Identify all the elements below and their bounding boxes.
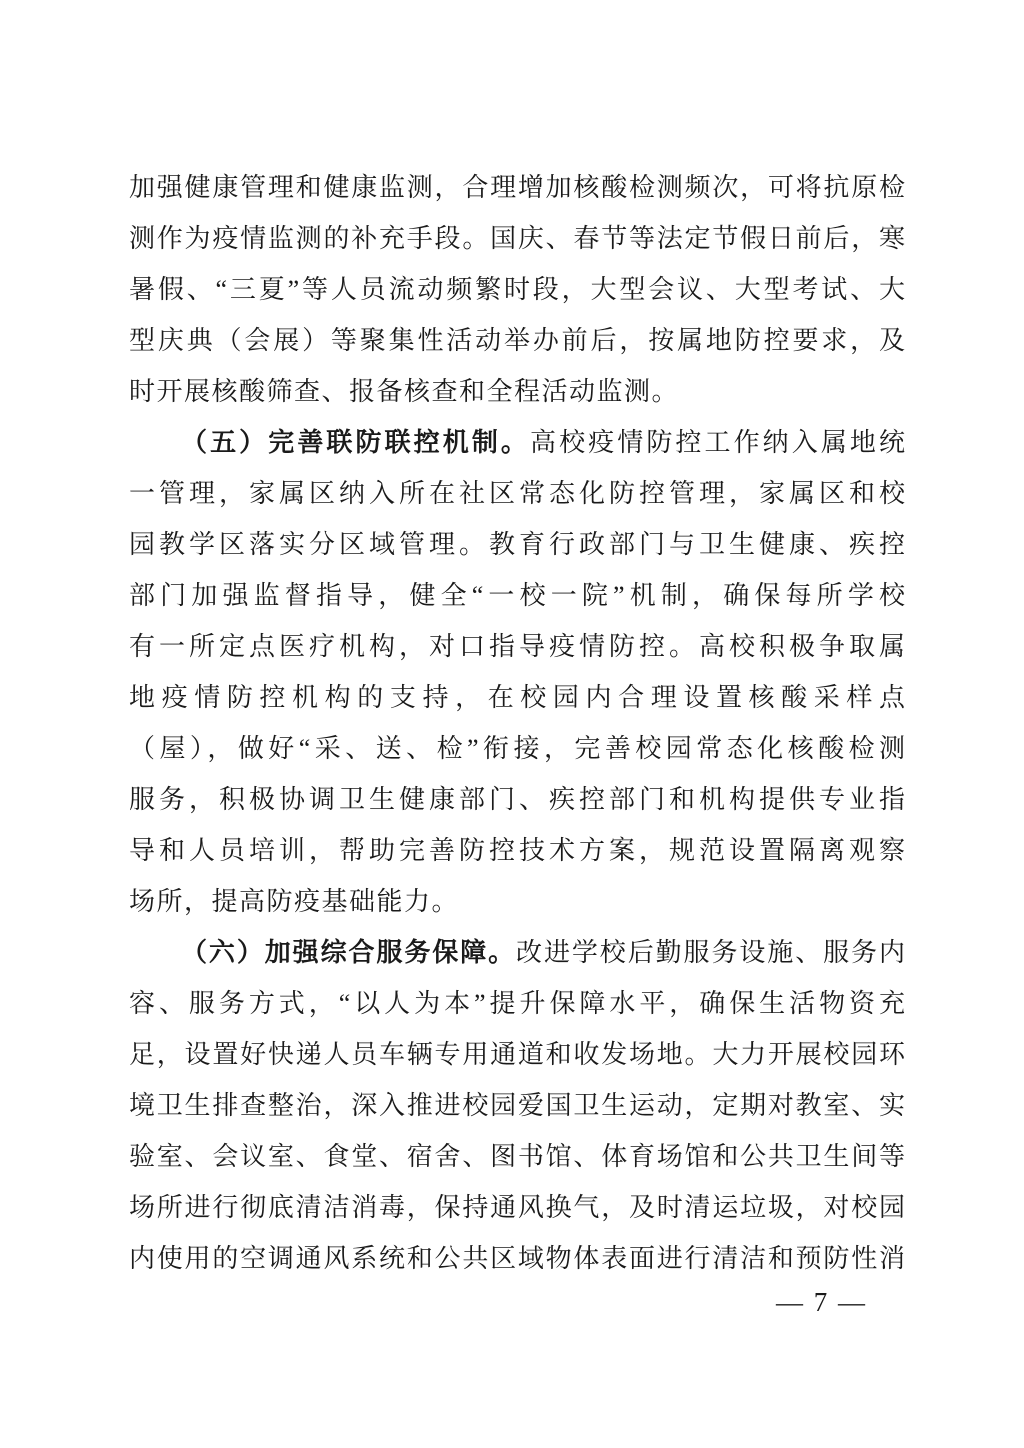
text-line: 足，设置好快递人员车辆专用通道和收发场地。大力开展校园环 <box>129 1029 905 1080</box>
text-line: 场所进行彻底清洁消毒，保持通风换气，及时清运垃圾，对校园 <box>129 1182 905 1233</box>
text-line: 地疫情防控机构的支持，在校园内合理设置核酸采样点 <box>129 672 905 723</box>
line-text: 内使用的空调通风系统和公共区域物体表面进行清洁和预防性消 <box>129 1244 905 1273</box>
paragraph-section-5: （五）完善联防联控机制。高校疫情防控工作纳入属地统 一管理，家属区纳入所在社区常… <box>129 417 905 927</box>
page-number: — 7 — <box>776 1284 867 1320</box>
line-text: 导和人员培训，帮助完善防控技术方案，规范设置隔离观察 <box>129 836 905 865</box>
line-text: 境卫生排查整治，深入推进校园爱国卫生运动，定期对教室、实 <box>129 1091 905 1120</box>
line-text: （屋），做好“采、送、检”衔接，完善校园常态化核酸检测 <box>129 734 905 763</box>
text-line: 一管理，家属区纳入所在社区常态化防控管理，家属区和校 <box>129 468 905 519</box>
text-line: 服务，积极协调卫生健康部门、疾控部门和机构提供专业指 <box>129 774 905 825</box>
text-line: 测作为疫情监测的补充手段。国庆、春节等法定节假日前后，寒 <box>129 213 905 264</box>
text-line: 有一所定点医疗机构，对口指导疫情防控。高校积极争取属 <box>129 621 905 672</box>
line-text: 地疫情防控机构的支持，在校园内合理设置核酸采样点 <box>129 683 905 712</box>
line-text: 场所，提高防疫基础能力。 <box>129 887 459 916</box>
text-line: 园教学区落实分区域管理。教育行政部门与卫生健康、疾控 <box>129 519 905 570</box>
line-text: 验室、会议室、食堂、宿舍、图书馆、体育场馆和公共卫生间等 <box>129 1142 905 1171</box>
text-line: 部门加强监督指导，健全“一校一院”机制，确保每所学校 <box>129 570 905 621</box>
line-text: 服务，积极协调卫生健康部门、疾控部门和机构提供专业指 <box>129 785 905 814</box>
text-line: 境卫生排查整治，深入推进校园爱国卫生运动，定期对教室、实 <box>129 1080 905 1131</box>
line-text: 型庆典（会展）等聚集性活动举办前后，按属地防控要求，及 <box>129 326 905 355</box>
text-line: （五）完善联防联控机制。高校疫情防控工作纳入属地统 <box>129 417 905 468</box>
text-line: 暑假、“三夏”等人员流动频繁时段，大型会议、大型考试、大 <box>129 264 905 315</box>
text-line: （屋），做好“采、送、检”衔接，完善校园常态化核酸检测 <box>129 723 905 774</box>
text-line: 场所，提高防疫基础能力。 <box>129 876 905 927</box>
paragraph-continuation: 加强健康管理和健康监测，合理增加核酸检测频次，可将抗原检 测作为疫情监测的补充手… <box>129 162 905 417</box>
section-5-heading: （五）完善联防联控机制。 <box>181 428 530 457</box>
line-text: 容、服务方式，“以人为本”提升保障水平，确保生活物资充 <box>129 989 905 1018</box>
text-line: 内使用的空调通风系统和公共区域物体表面进行清洁和预防性消 <box>129 1233 905 1284</box>
text-line: 容、服务方式，“以人为本”提升保障水平，确保生活物资充 <box>129 978 905 1029</box>
text-line: 验室、会议室、食堂、宿舍、图书馆、体育场馆和公共卫生间等 <box>129 1131 905 1182</box>
line-text: 加强健康管理和健康监测，合理增加核酸检测频次，可将抗原检 <box>129 173 905 202</box>
text-line: 加强健康管理和健康监测，合理增加核酸检测频次，可将抗原检 <box>129 162 905 213</box>
line-text: 足，设置好快递人员车辆专用通道和收发场地。大力开展校园环 <box>129 1040 905 1069</box>
line-text: 园教学区落实分区域管理。教育行政部门与卫生健康、疾控 <box>129 530 905 559</box>
line-text: 改进学校后勤服务设施、服务内 <box>516 938 905 967</box>
line-text: 场所进行彻底清洁消毒，保持通风换气，及时清运垃圾，对校园 <box>129 1193 905 1222</box>
text-line: 时开展核酸筛查、报备核查和全程活动监测。 <box>129 366 905 417</box>
line-text: 测作为疫情监测的补充手段。国庆、春节等法定节假日前后，寒 <box>129 224 905 253</box>
line-text: 一管理，家属区纳入所在社区常态化防控管理，家属区和校 <box>129 479 905 508</box>
line-text: 时开展核酸筛查、报备核查和全程活动监测。 <box>129 377 679 406</box>
line-text: 部门加强监督指导，健全“一校一院”机制，确保每所学校 <box>129 581 905 610</box>
line-text: 高校疫情防控工作纳入属地统 <box>530 428 905 457</box>
paragraph-section-6: （六）加强综合服务保障。改进学校后勤服务设施、服务内 容、服务方式，“以人为本”… <box>129 927 905 1284</box>
document-page: 加强健康管理和健康监测，合理增加核酸检测频次，可将抗原检 测作为疫情监测的补充手… <box>0 0 1024 1448</box>
line-text: 有一所定点医疗机构，对口指导疫情防控。高校积极争取属 <box>129 632 905 661</box>
text-line: （六）加强综合服务保障。改进学校后勤服务设施、服务内 <box>129 927 905 978</box>
section-6-heading: （六）加强综合服务保障。 <box>181 938 516 967</box>
text-line: 导和人员培训，帮助完善防控技术方案，规范设置隔离观察 <box>129 825 905 876</box>
document-text-block: 加强健康管理和健康监测，合理增加核酸检测频次，可将抗原检 测作为疫情监测的补充手… <box>129 162 905 1284</box>
text-line: 型庆典（会展）等聚集性活动举办前后，按属地防控要求，及 <box>129 315 905 366</box>
line-text: 暑假、“三夏”等人员流动频繁时段，大型会议、大型考试、大 <box>129 275 905 304</box>
